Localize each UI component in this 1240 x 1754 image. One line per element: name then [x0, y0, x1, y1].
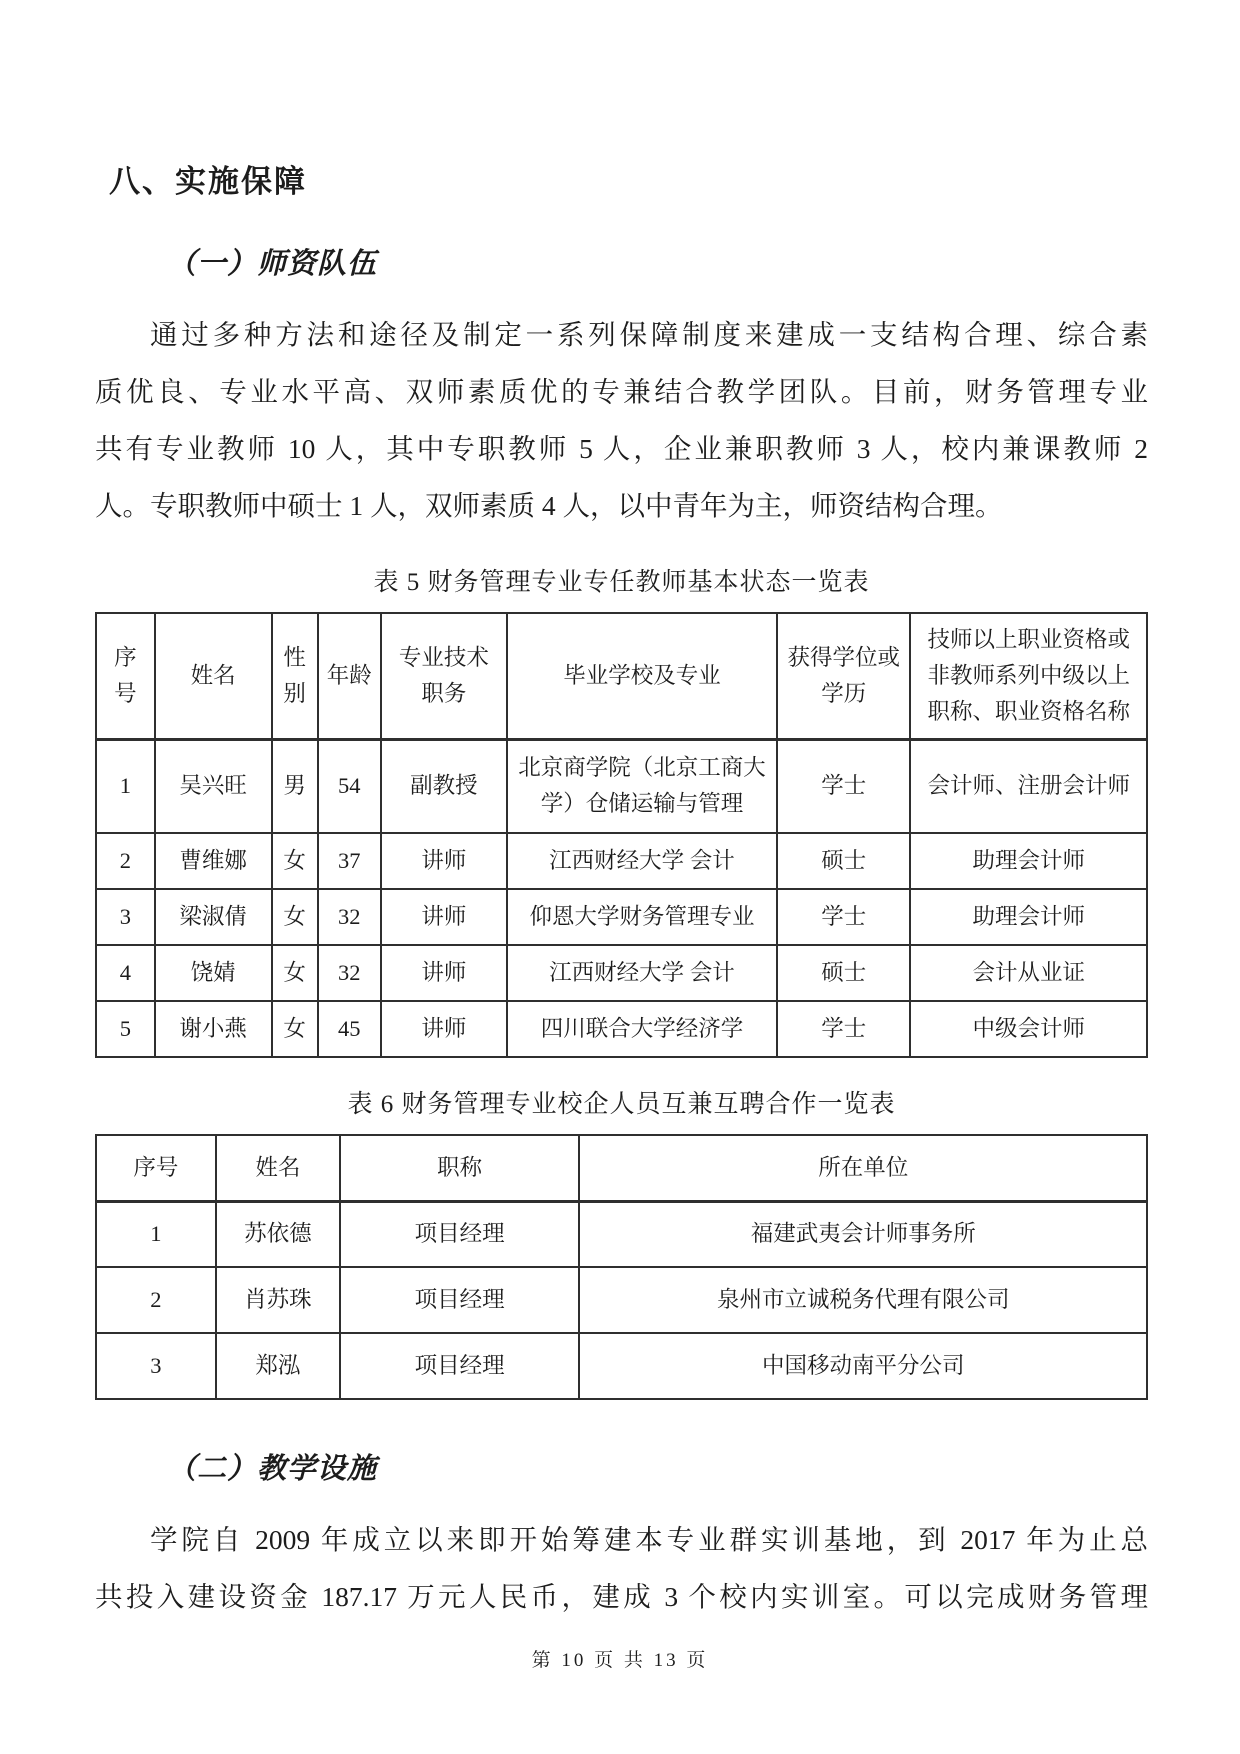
table-row: 2 肖苏珠 项目经理 泉州市立诚税务代理有限公司: [96, 1267, 1147, 1333]
table-cell: 5: [96, 1001, 155, 1057]
table-cell: 吴兴旺: [155, 739, 272, 833]
table-header-row: 序号 姓名 性别 年龄 专业技术职务 毕业学校及专业 获得学位或学历 技师以上职…: [96, 613, 1147, 739]
table-cell: 女: [272, 889, 318, 945]
paragraph-teachers: 通过多种方法和途径及制定一系列保障制度来建成一支结构合理、综合素 质优良、专业水…: [95, 306, 1148, 534]
table-cell: 助理会计师: [910, 889, 1147, 945]
paragraph-line: 人。专职教师中硕士 1 人，双师素质 4 人，以中青年为主，师资结构合理。: [95, 477, 1148, 534]
column-header: 专业技术职务: [381, 613, 507, 739]
table-cell: 四川联合大学经济学: [507, 1001, 777, 1057]
table-cell: 32: [318, 945, 381, 1001]
table-cell: 硕士: [777, 945, 910, 1001]
column-header: 姓名: [216, 1135, 340, 1201]
table-cell: 肖苏珠: [216, 1267, 340, 1333]
table-row: 1 吴兴旺 男 54 副教授 北京商学院（北京工商大学）仓储运输与管理 学士 会…: [96, 739, 1147, 833]
table-cell: 中级会计师: [910, 1001, 1147, 1057]
paragraph-line: 共投入建设资金 187.17 万元人民币，建成 3 个校内实训室。可以完成财务管…: [95, 1568, 1148, 1625]
table-cell: 会计从业证: [910, 945, 1147, 1001]
table-cell: 副教授: [381, 739, 507, 833]
table6-caption: 表 6 财务管理专业校企人员互兼互聘合作一览表: [95, 1084, 1148, 1120]
table-cell: 中国移动南平分公司: [579, 1333, 1147, 1399]
table-cell: 北京商学院（北京工商大学）仓储运输与管理: [507, 739, 777, 833]
column-header: 序号: [96, 1135, 216, 1201]
table-cell: 饶婧: [155, 945, 272, 1001]
page-title: 八、实施保障: [109, 156, 1148, 201]
table-cell: 会计师、注册会计师: [910, 739, 1147, 833]
column-header: 年龄: [318, 613, 381, 739]
paragraph-line: 共有专业教师 10 人，其中专职教师 5 人，企业兼职教师 3 人，校内兼课教师…: [95, 420, 1148, 477]
table-cell: 2: [96, 1267, 216, 1333]
table-partners: 序号 姓名 职称 所在单位 1 苏依德 项目经理 福建武夷会计师事务所 2 肖苏…: [95, 1134, 1148, 1400]
table-cell: 项目经理: [340, 1201, 580, 1267]
column-header: 获得学位或学历: [777, 613, 910, 739]
table-cell: 男: [272, 739, 318, 833]
table-cell: 硕士: [777, 833, 910, 889]
table-cell: 江西财经大学 会计: [507, 833, 777, 889]
table-cell: 泉州市立诚税务代理有限公司: [579, 1267, 1147, 1333]
table-cell: 37: [318, 833, 381, 889]
table-cell: 仰恩大学财务管理专业: [507, 889, 777, 945]
column-header: 技师以上职业资格或非教师系列中级以上职称、职业资格名称: [910, 613, 1147, 739]
table-cell: 苏依德: [216, 1201, 340, 1267]
table-cell: 4: [96, 945, 155, 1001]
table-teachers: 序号 姓名 性别 年龄 专业技术职务 毕业学校及专业 获得学位或学历 技师以上职…: [95, 612, 1148, 1058]
table-cell: 讲师: [381, 945, 507, 1001]
table-cell: 江西财经大学 会计: [507, 945, 777, 1001]
column-header: 所在单位: [579, 1135, 1147, 1201]
table-cell: 女: [272, 945, 318, 1001]
table-row: 1 苏依德 项目经理 福建武夷会计师事务所: [96, 1201, 1147, 1267]
table-cell: 郑泓: [216, 1333, 340, 1399]
section-title-teachers: （一）师资队伍: [167, 241, 1148, 282]
table-cell: 讲师: [381, 833, 507, 889]
table-cell: 1: [96, 1201, 216, 1267]
table-cell: 项目经理: [340, 1267, 580, 1333]
table-cell: 学士: [777, 1001, 910, 1057]
table-row: 3 郑泓 项目经理 中国移动南平分公司: [96, 1333, 1147, 1399]
table-cell: 梁淑倩: [155, 889, 272, 945]
table-row: 2 曹维娜 女 37 讲师 江西财经大学 会计 硕士 助理会计师: [96, 833, 1147, 889]
paragraph-line: 学院自 2009 年成立以来即开始筹建本专业群实训基地，到 2017 年为止总: [95, 1511, 1148, 1568]
table-row: 5 谢小燕 女 45 讲师 四川联合大学经济学 学士 中级会计师: [96, 1001, 1147, 1057]
paragraph-line: 通过多种方法和途径及制定一系列保障制度来建成一支结构合理、综合素: [95, 306, 1148, 363]
table-cell: 女: [272, 1001, 318, 1057]
table-cell: 54: [318, 739, 381, 833]
table-header-row: 序号 姓名 职称 所在单位: [96, 1135, 1147, 1201]
column-header: 姓名: [155, 613, 272, 739]
document-page: 八、实施保障 （一）师资队伍 通过多种方法和途径及制定一系列保障制度来建成一支结…: [0, 0, 1240, 1754]
table-cell: 谢小燕: [155, 1001, 272, 1057]
table-cell: 学士: [777, 889, 910, 945]
table-cell: 学士: [777, 739, 910, 833]
paragraph-line: 质优良、专业水平高、双师素质优的专兼结合教学团队。目前，财务管理专业: [95, 363, 1148, 420]
paragraph-facilities: 学院自 2009 年成立以来即开始筹建本专业群实训基地，到 2017 年为止总 …: [95, 1511, 1148, 1625]
table-cell: 讲师: [381, 1001, 507, 1057]
table-cell: 助理会计师: [910, 833, 1147, 889]
column-header: 职称: [340, 1135, 580, 1201]
table-cell: 女: [272, 833, 318, 889]
table-row: 4 饶婧 女 32 讲师 江西财经大学 会计 硕士 会计从业证: [96, 945, 1147, 1001]
table-cell: 2: [96, 833, 155, 889]
table-cell: 32: [318, 889, 381, 945]
table-cell: 1: [96, 739, 155, 833]
table-row: 3 梁淑倩 女 32 讲师 仰恩大学财务管理专业 学士 助理会计师: [96, 889, 1147, 945]
column-header: 性别: [272, 613, 318, 739]
table-cell: 福建武夷会计师事务所: [579, 1201, 1147, 1267]
table-cell: 曹维娜: [155, 833, 272, 889]
column-header: 毕业学校及专业: [507, 613, 777, 739]
page-footer: 第 10 页 共 13 页: [0, 1645, 1240, 1672]
table-cell: 讲师: [381, 889, 507, 945]
section-title-facilities: （二）教学设施: [167, 1446, 1148, 1487]
column-header: 序号: [96, 613, 155, 739]
table-cell: 3: [96, 889, 155, 945]
table-cell: 项目经理: [340, 1333, 580, 1399]
table-cell: 3: [96, 1333, 216, 1399]
table5-caption: 表 5 财务管理专业专任教师基本状态一览表: [95, 562, 1148, 598]
table-cell: 45: [318, 1001, 381, 1057]
